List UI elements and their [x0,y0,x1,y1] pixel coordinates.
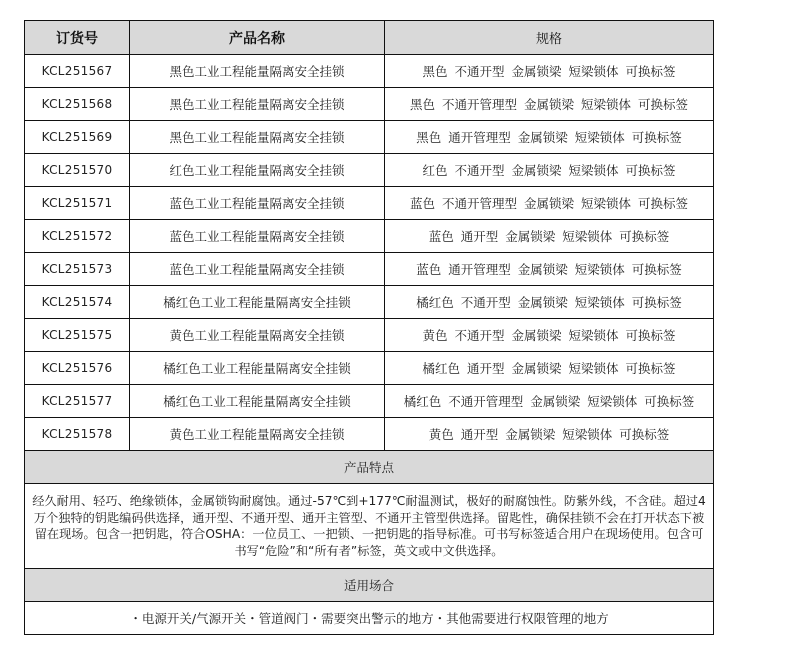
product-name-cell: 橘红色工业工程能量隔离安全挂锁 [130,352,385,385]
table-row: KCL251571蓝色工业工程能量隔离安全挂锁蓝色 不通开管理型 金属锁梁 短梁… [25,187,714,220]
table-row: KCL251573蓝色工业工程能量隔离安全挂锁蓝色 通开管理型 金属锁梁 短梁锁… [25,253,714,286]
specification-cell: 橘红色 不通开型 金属锁梁 短梁锁体 可换标签 [385,286,714,319]
product-name-cell: 橘红色工业工程能量隔离安全挂锁 [130,385,385,418]
column-header-specification: 规格 [385,21,714,55]
order-number-cell: KCL251568 [25,88,130,121]
features-description: 经久耐用、轻巧、绝缘锁体，金属锁钩耐腐蚀。通过-57℃到+177℃耐温测试，极好… [25,484,714,569]
applications-section-body: ・电源开关/气源开关・管道阀门・需要突出警示的地方・其他需要进行权限管理的地方 [25,602,714,635]
specification-cell: 蓝色 通开管理型 金属锁梁 短梁锁体 可换标签 [385,253,714,286]
order-number-cell: KCL251570 [25,154,130,187]
specification-cell: 蓝色 通开型 金属锁梁 短梁锁体 可换标签 [385,220,714,253]
table-row: KCL251570红色工业工程能量隔离安全挂锁红色 不通开型 金属锁梁 短梁锁体… [25,154,714,187]
product-name-cell: 黄色工业工程能量隔离安全挂锁 [130,418,385,451]
applications-section-header: 适用场合 [25,569,714,602]
product-table: 订货号 产品名称 规格 KCL251567黑色工业工程能量隔离安全挂锁黑色 不通… [24,20,714,635]
product-name-cell: 蓝色工业工程能量隔离安全挂锁 [130,220,385,253]
specification-cell: 黑色 通开管理型 金属锁梁 短梁锁体 可换标签 [385,121,714,154]
order-number-cell: KCL251567 [25,55,130,88]
table-row: KCL251568黑色工业工程能量隔离安全挂锁黑色 不通开管理型 金属锁梁 短梁… [25,88,714,121]
table-row: KCL251578黄色工业工程能量隔离安全挂锁黄色 通开型 金属锁梁 短梁锁体 … [25,418,714,451]
features-title: 产品特点 [25,451,714,484]
product-name-cell: 橘红色工业工程能量隔离安全挂锁 [130,286,385,319]
product-name-cell: 蓝色工业工程能量隔离安全挂锁 [130,187,385,220]
order-number-cell: KCL251574 [25,286,130,319]
table-header-row: 订货号 产品名称 规格 [25,21,714,55]
order-number-cell: KCL251576 [25,352,130,385]
product-name-cell: 蓝色工业工程能量隔离安全挂锁 [130,253,385,286]
features-section-body: 经久耐用、轻巧、绝缘锁体，金属锁钩耐腐蚀。通过-57℃到+177℃耐温测试，极好… [25,484,714,569]
column-header-product-name: 产品名称 [130,21,385,55]
product-name-cell: 黑色工业工程能量隔离安全挂锁 [130,88,385,121]
applications-title: 适用场合 [25,569,714,602]
specification-cell: 橘红色 通开型 金属锁梁 短梁锁体 可换标签 [385,352,714,385]
table-row: KCL251575黄色工业工程能量隔离安全挂锁黄色 不通开型 金属锁梁 短梁锁体… [25,319,714,352]
specification-cell: 蓝色 不通开管理型 金属锁梁 短梁锁体 可换标签 [385,187,714,220]
table-row: KCL251577橘红色工业工程能量隔离安全挂锁橘红色 不通开管理型 金属锁梁 … [25,385,714,418]
column-header-order-number: 订货号 [25,21,130,55]
table-row: KCL251572蓝色工业工程能量隔离安全挂锁蓝色 通开型 金属锁梁 短梁锁体 … [25,220,714,253]
specification-cell: 黄色 通开型 金属锁梁 短梁锁体 可换标签 [385,418,714,451]
specification-cell: 橘红色 不通开管理型 金属锁梁 短梁锁体 可换标签 [385,385,714,418]
specification-cell: 黄色 不通开型 金属锁梁 短梁锁体 可换标签 [385,319,714,352]
specification-cell: 黑色 不通开管理型 金属锁梁 短梁锁体 可换标签 [385,88,714,121]
order-number-cell: KCL251569 [25,121,130,154]
product-name-cell: 黑色工业工程能量隔离安全挂锁 [130,121,385,154]
specification-cell: 黑色 不通开型 金属锁梁 短梁锁体 可换标签 [385,55,714,88]
order-number-cell: KCL251575 [25,319,130,352]
order-number-cell: KCL251578 [25,418,130,451]
order-number-cell: KCL251572 [25,220,130,253]
product-spec-sheet: 订货号 产品名称 规格 KCL251567黑色工业工程能量隔离安全挂锁黑色 不通… [24,20,713,635]
product-name-cell: 红色工业工程能量隔离安全挂锁 [130,154,385,187]
features-section-header: 产品特点 [25,451,714,484]
order-number-cell: KCL251573 [25,253,130,286]
table-row: KCL251576橘红色工业工程能量隔离安全挂锁橘红色 通开型 金属锁梁 短梁锁… [25,352,714,385]
order-number-cell: KCL251571 [25,187,130,220]
table-row: KCL251569黑色工业工程能量隔离安全挂锁黑色 通开管理型 金属锁梁 短梁锁… [25,121,714,154]
specification-cell: 红色 不通开型 金属锁梁 短梁锁体 可换标签 [385,154,714,187]
product-name-cell: 黄色工业工程能量隔离安全挂锁 [130,319,385,352]
applications-list: ・电源开关/气源开关・管道阀门・需要突出警示的地方・其他需要进行权限管理的地方 [25,602,714,635]
table-row: KCL251567黑色工业工程能量隔离安全挂锁黑色 不通开型 金属锁梁 短梁锁体… [25,55,714,88]
order-number-cell: KCL251577 [25,385,130,418]
table-row: KCL251574橘红色工业工程能量隔离安全挂锁橘红色 不通开型 金属锁梁 短梁… [25,286,714,319]
product-name-cell: 黑色工业工程能量隔离安全挂锁 [130,55,385,88]
